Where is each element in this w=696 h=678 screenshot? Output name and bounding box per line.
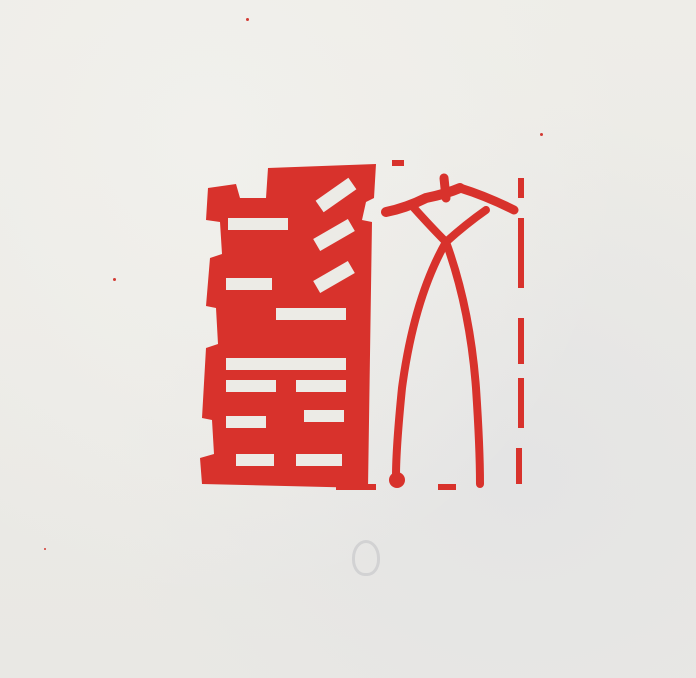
seal-impression (196, 158, 530, 494)
ink-speck (44, 548, 46, 550)
seal-icon (196, 158, 530, 494)
ink-speck (540, 133, 543, 136)
paper-background: 書 文 (0, 0, 696, 678)
ink-speck (113, 278, 116, 281)
ink-speck (246, 18, 249, 21)
faint-pencil-mark (352, 540, 380, 576)
